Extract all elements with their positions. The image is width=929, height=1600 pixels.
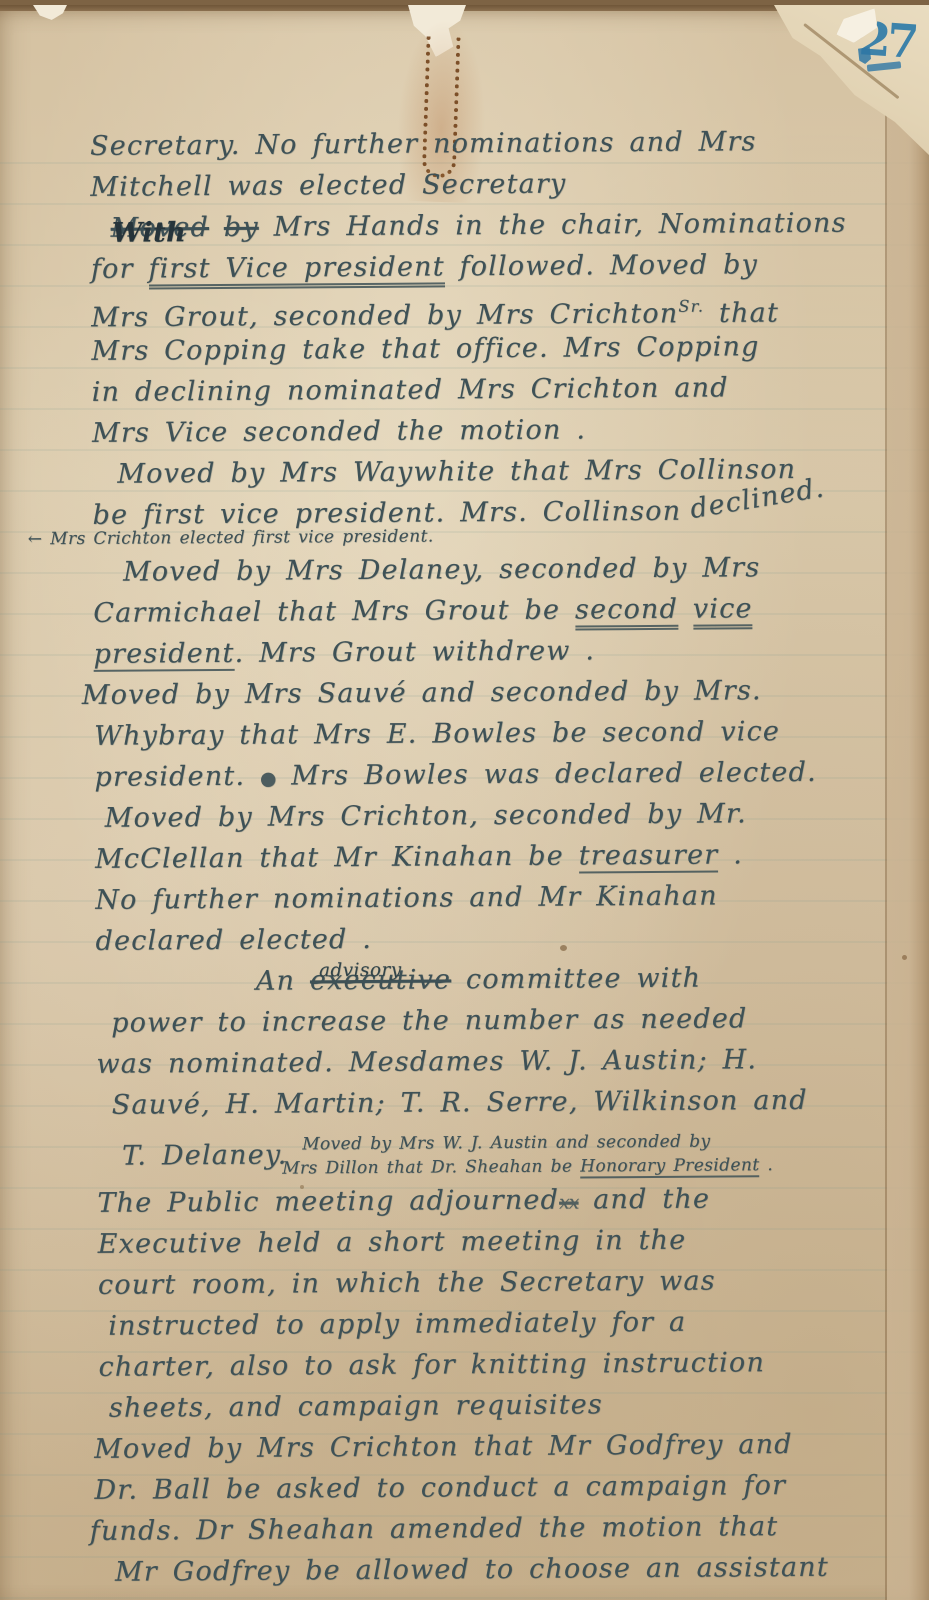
handwriting-segment: power to increase the number as needed xyxy=(111,1003,748,1038)
manuscript-line: president. Mrs Grout withdrew . xyxy=(93,628,913,675)
scanned-page: 27 Secretary. No further nominations and… xyxy=(0,5,929,1600)
handwriting-segment: second xyxy=(575,594,678,631)
manuscript-line: sheets, and campaign requisites xyxy=(109,1382,919,1429)
handwriting-segment: Moved by Mrs Waywhite that Mrs Collinson xyxy=(117,454,796,490)
handwriting-segment: treasurer xyxy=(579,840,719,874)
manuscript-line: Mrs Copping take that office. Mrs Coppin… xyxy=(91,325,911,372)
manuscript-line: Moved by Mrs Delaney, seconded by Mrs xyxy=(123,546,913,593)
handwriting-segment: Moved by Mrs Delaney, seconded by Mrs xyxy=(123,552,761,587)
manuscript-line: power to increase the number as needed xyxy=(111,997,916,1044)
manuscript-line: Mr Godfrey be allowed to choose an assis… xyxy=(115,1546,920,1593)
handwriting-segment: . Mrs Grout withdrew . xyxy=(234,635,595,669)
handwriting-segment: Executive held a short meeting in the xyxy=(98,1225,687,1260)
handwriting-segment: An xyxy=(256,965,310,996)
handwriting-segment: The Public meeting adjourned xyxy=(97,1185,559,1219)
handwriting-segment: Moved by Mrs Crichton that Mr Godfrey an… xyxy=(94,1429,793,1465)
handwriting-segment: that xyxy=(704,298,779,330)
handwriting-segment: Secretary. No further nominations and Mr… xyxy=(90,126,757,162)
handwriting-segment: Moved by Mrs Crichton, seconded by Mr. xyxy=(105,798,747,833)
handwriting-segment: Mrs Vice seconded the motion . xyxy=(92,414,586,448)
corrected-word: MovedWith xyxy=(110,212,209,244)
manuscript-line: Carmichael that Mrs Grout be second vice xyxy=(93,587,913,634)
handwriting-segment: No further nominations and Mr Kinahan xyxy=(95,881,718,916)
torn-chip-top-left xyxy=(33,5,67,20)
manuscript-line: instructed to apply immediately for a xyxy=(108,1300,918,1347)
handwriting-segment: Sauvé, H. Martin; T. R. Serre, Wilkinson… xyxy=(112,1085,808,1121)
handwriting-segment: Honorary President xyxy=(580,1155,760,1178)
manuscript-line: MovedWith by Mrs Hands in the chair, Nom… xyxy=(110,202,910,249)
manuscript-line: funds. Dr Sheahan amended the motion tha… xyxy=(90,1505,920,1552)
manuscript-line: No further nominations and Mr Kinahan xyxy=(95,874,915,921)
handwriting-segment: . xyxy=(718,839,743,870)
handwriting-segment: sheets, and campaign requisites xyxy=(109,1389,603,1423)
manuscript-line: president. ● Mrs Bowles was declared ele… xyxy=(94,751,914,798)
manuscript-text: Secretary. No further nominations and Mr… xyxy=(90,120,920,1593)
manuscript-line: Mrs Vice seconded the motion . xyxy=(92,407,912,454)
manuscript-line: Moved by Mrs Sauvé and seconded by Mrs. xyxy=(82,669,914,716)
handwriting-segment: . xyxy=(759,1155,773,1175)
handwriting-segment: Mitchell was elected Secretary xyxy=(90,169,566,203)
manuscript-line: court room, in which the Secretary was xyxy=(98,1259,918,1306)
handwriting-segment: Moved by Mrs Sauvé and seconded by Mrs. xyxy=(82,675,762,711)
manuscript-line: was nominated. Mesdames W. J. Austin; H. xyxy=(96,1038,916,1085)
handwriting-segment: vice xyxy=(693,593,753,629)
manuscript-line: in declining nominated Mrs Crichton and xyxy=(92,366,912,413)
handwriting-segment: Carmichael that Mrs Grout be xyxy=(93,595,575,629)
handwriting-segment: ● xyxy=(260,768,277,790)
handwriting-segment: Whybray that Mrs E. Bowles be second vic… xyxy=(94,716,780,752)
handwriting-segment: for xyxy=(91,253,149,284)
handwriting-segment: in declining nominated Mrs Crichton and xyxy=(92,372,729,407)
handwriting-segment xyxy=(209,212,224,243)
handwriting-segment: Moved by Mrs W. J. Austin and seconded b… xyxy=(302,1132,710,1155)
manuscript-line: An executiveadvisory committee with xyxy=(256,956,916,1002)
manuscript-line: Secretary. No further nominations and Mr… xyxy=(90,120,910,167)
manuscript-line: Mitchell was elected Secretary xyxy=(90,161,910,208)
handwriting-segment: Sr. xyxy=(678,297,704,316)
handwriting-segment xyxy=(678,594,693,625)
handwriting-segment: was nominated. Mesdames W. J. Austin; H. xyxy=(96,1044,757,1080)
manuscript-line: McClellan that Mr Kinahan be treasurer . xyxy=(95,833,915,880)
handwriting-segment: McClellan that Mr Kinahan be xyxy=(95,840,579,874)
manuscript-line: for first Vice president followed. Moved… xyxy=(91,243,911,290)
manuscript-line: Mrs Grout, seconded by Mrs CrichtonSr. t… xyxy=(91,284,911,331)
handwriting-segment: Dr. Ball be asked to conduct a campaign … xyxy=(94,1470,786,1506)
handwriting-segment: Mr Godfrey be allowed to choose an assis… xyxy=(115,1552,829,1588)
manuscript-line: Mrs Dillon that Dr. Sheahan be Honorary … xyxy=(282,1152,917,1180)
handwriting-segment: Mrs Copping take that office. Mrs Coppin… xyxy=(91,331,759,367)
handwriting-segment: funds. Dr Sheahan amended the motion tha… xyxy=(90,1511,779,1547)
manuscript-line: declared elected . xyxy=(95,915,915,962)
handwriting-segment: followed. Moved by xyxy=(445,249,758,282)
handwriting-segment: Mrs Bowles was declared elected. xyxy=(276,757,817,792)
handwriting-segment: committee with xyxy=(451,963,701,996)
handwriting-segment: first Vice president xyxy=(148,251,445,289)
handwriting-segment: and the xyxy=(578,1184,710,1216)
handwriting-segment: president xyxy=(93,638,234,672)
handwriting-segment: charter, also to ask for knitting instru… xyxy=(98,1347,765,1383)
inserted-word: advisory xyxy=(319,950,402,992)
handwriting-segment: court room, in which the Secretary was xyxy=(98,1266,716,1301)
manuscript-line: The Public meeting adjournedxx and the xyxy=(97,1177,917,1224)
handwriting-segment: ← Mrs Crichton elected first vice presid… xyxy=(28,526,434,549)
handwriting-segment: xx xyxy=(559,1191,578,1213)
manuscript-line: Moved by Mrs Crichton, seconded by Mr. xyxy=(105,792,915,839)
manuscript-line: Whybray that Mrs E. Bowles be second vic… xyxy=(94,710,914,757)
manuscript-line: charter, also to ask for knitting instru… xyxy=(98,1341,918,1388)
handwriting-segment: by xyxy=(224,212,259,243)
handwriting-segment: Mrs Hands in the chair, Nominations xyxy=(259,208,847,243)
manuscript-line: Sauvé, H. Martin; T. R. Serre, Wilkinson… xyxy=(112,1079,917,1126)
handwriting-segment: president. xyxy=(94,761,260,793)
handwriting-segment: Mrs Dillon that Dr. Sheahan be xyxy=(282,1156,580,1178)
corrected-word: executiveadvisory xyxy=(310,964,451,996)
manuscript-line: Dr. Ball be asked to conduct a campaign … xyxy=(94,1464,919,1511)
handwriting-segment: instructed to apply immediately for a xyxy=(108,1307,686,1342)
manuscript-line: Moved by Mrs Crichton that Mr Godfrey an… xyxy=(94,1423,919,1470)
handwriting-segment: T. Delaney. xyxy=(122,1139,302,1171)
manuscript-line: Executive held a short meeting in the xyxy=(98,1218,918,1265)
inserted-word: With xyxy=(112,212,187,254)
